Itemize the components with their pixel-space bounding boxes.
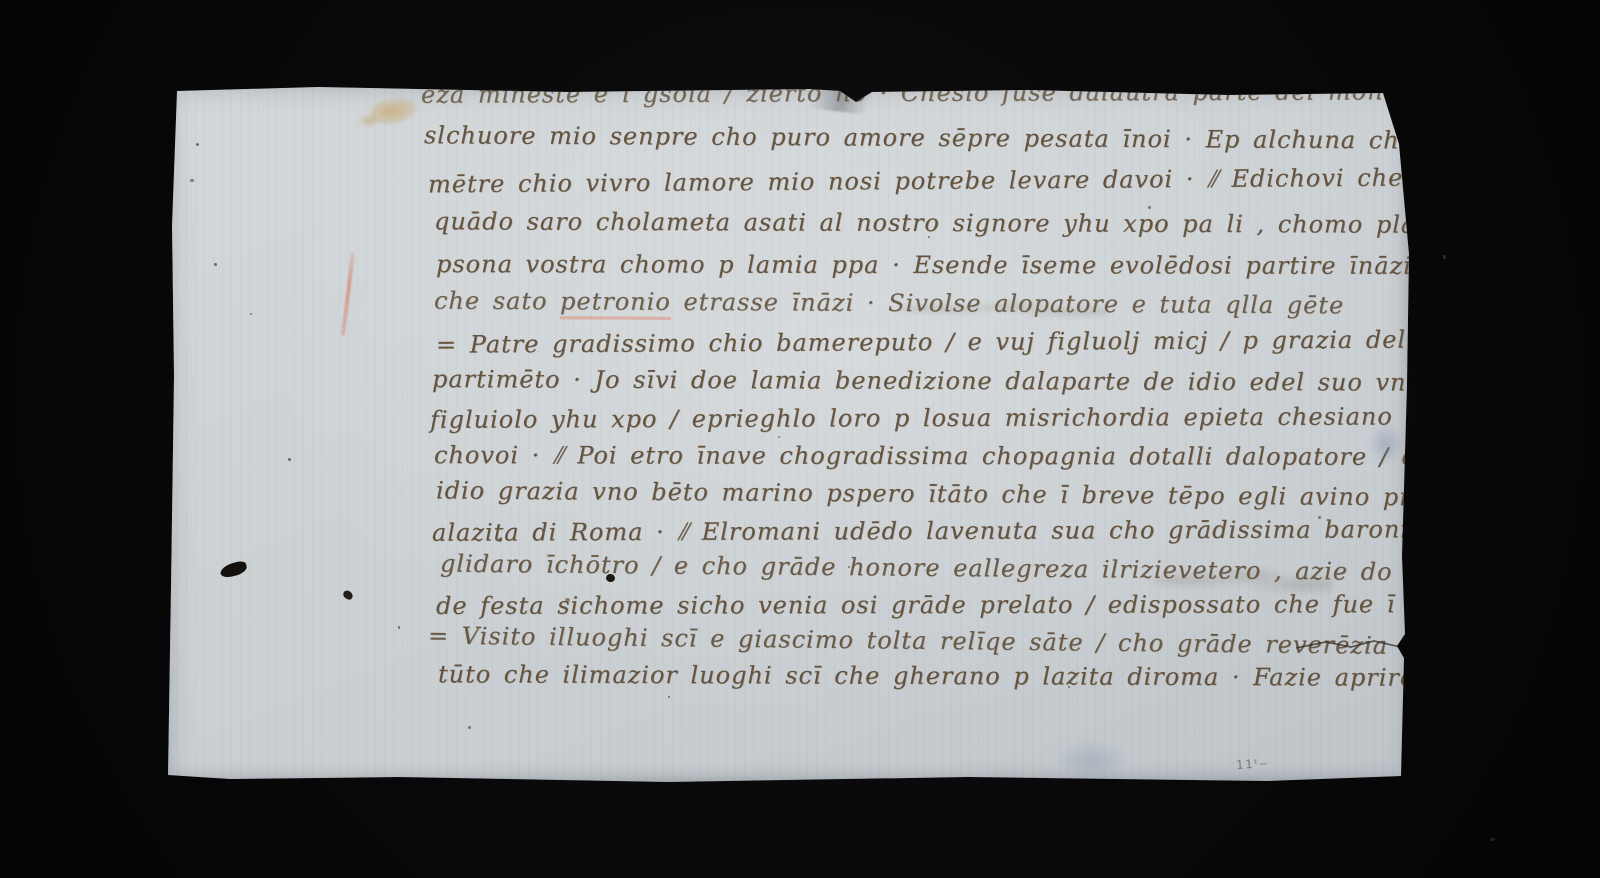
pencil-annotation: 11ᵗ‒ — [1236, 756, 1269, 772]
paper-speck — [468, 726, 471, 729]
paper-speck — [498, 538, 502, 542]
blue-stain-bottom — [1056, 741, 1126, 779]
manuscript-line: chovoi · ⫽ Poi etro īnave chogradissima … — [434, 441, 1450, 471]
paper-speck — [928, 236, 930, 238]
manuscript-line: psona vostra chomo p lamia ppa · Esende … — [436, 250, 1412, 280]
manuscript-line: glidaro īchōtro / e cho grāde honore eal… — [440, 550, 1450, 587]
red-underlined-word: petronio — [560, 287, 671, 320]
photo-background: ezā mineste e ī gsoia / zierto no · Ches… — [0, 0, 1600, 878]
manuscript-line: = Patre gradissimo chio bamereputo / e v… — [436, 325, 1467, 358]
line-segment: che sato — [434, 287, 560, 316]
text-block: ezā mineste e ī gsoia / zierto no · Ches… — [168, 86, 1413, 786]
paper-speck — [565, 598, 570, 602]
paper-speck — [250, 313, 252, 315]
manuscript-line: partimēto · Jo sīvi doe lamia benedizion… — [432, 365, 1504, 397]
manuscript-line: ezā mineste e ī gsoia / zierto no · Ches… — [421, 77, 1416, 108]
dust-speck — [1490, 838, 1495, 841]
manuscript-line: alazita di Roma · ⫽ Elromani udēdo laven… — [432, 515, 1424, 546]
manuscript-page: ezā mineste e ī gsoia / zierto no · Ches… — [168, 86, 1413, 786]
paper-speck — [1148, 206, 1151, 209]
paper-speck — [190, 179, 194, 182]
paper-speck — [668, 696, 670, 698]
manuscript-line: idio grazia vno bēto marino pspero ītāto… — [436, 476, 1456, 511]
edge-tear — [1296, 638, 1420, 656]
paper-speck — [398, 626, 400, 629]
line-segment: etrasse īnāzi · Sivolse alopatore e tuta… — [671, 288, 1345, 320]
manuscript-line: che sato petronio etrasse īnāzi · Sivols… — [434, 287, 1344, 320]
paper-speck — [1068, 686, 1070, 688]
paper-speck — [196, 143, 199, 146]
dust-speck — [1443, 255, 1446, 259]
manuscript-line: tūto che ilimazior luoghi scī che gheran… — [438, 660, 1415, 691]
paper-speck — [1318, 516, 1321, 519]
paper-speck — [778, 436, 780, 438]
blue-stain-right-edge — [1368, 422, 1404, 466]
paper-speck — [848, 566, 850, 568]
paper-speck — [214, 263, 217, 266]
manuscript-line: slchuore mio senpre cho puro amore sēpre… — [424, 121, 1476, 155]
manuscript-line: de festa sichome sicho venia osi grāde p… — [436, 590, 1482, 620]
paper-speck — [288, 458, 291, 461]
manuscript-line: quādo saro cholameta asati al nostro sig… — [434, 207, 1416, 238]
manuscript-line: mētre chio vivro lamore mio nosi potrebe… — [428, 164, 1403, 199]
manuscript-line: figluiolo yhu xpo / eprieghlo loro p los… — [430, 402, 1478, 434]
